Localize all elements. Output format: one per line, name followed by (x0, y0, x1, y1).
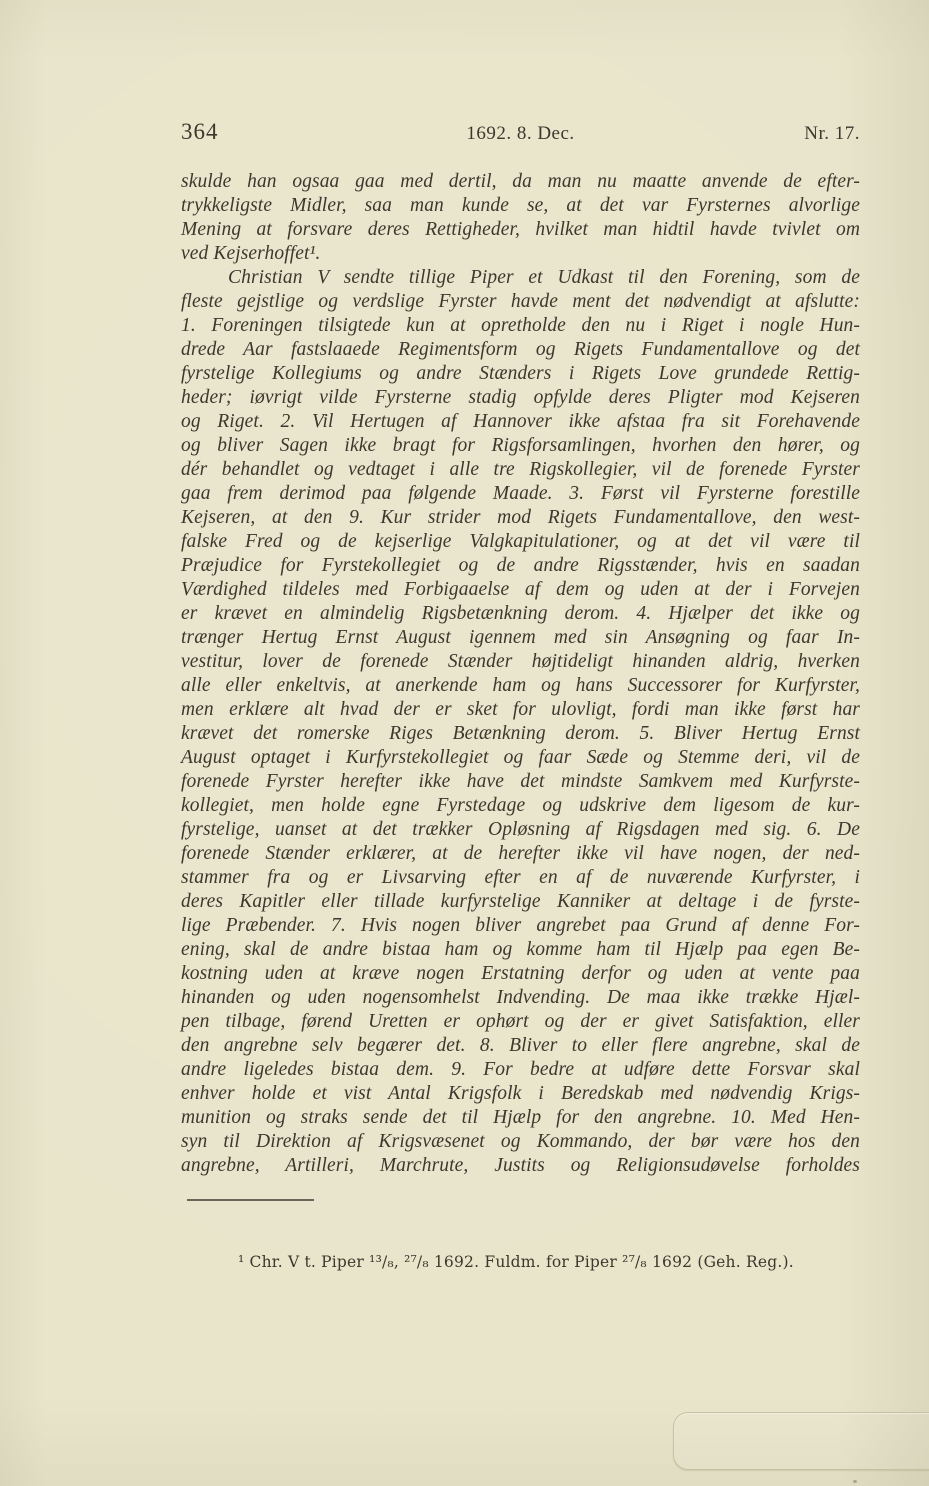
text-line: angrebne, Artilleri, Marchrute, Justits … (181, 1154, 860, 1178)
running-head: 364 1692. 8. Dec. Nr. 17. (181, 119, 860, 149)
text-line: vestitur, lover de forenede Stænder højt… (181, 650, 860, 674)
text-line: kostning uden at kræve nogen Erstatning … (181, 962, 860, 986)
text-line: falske Fred og de kejserlige Valgkapitul… (181, 530, 860, 554)
text-line: August optaget i Kurfyrstekollegiet og f… (181, 746, 860, 770)
text-line: fyrstelige, uanset at det trækker Opløsn… (181, 818, 860, 842)
text-line: er krævet en almindelig Rigsbetænkning d… (181, 602, 860, 626)
text-line: men erklære alt hvad der er sket for ulo… (181, 698, 860, 722)
text-line: Mening at forsvare deres Rettigheder, hv… (181, 218, 860, 242)
header-date: 1692. 8. Dec. (466, 123, 574, 145)
text-line: dér behandlet og vedtaget i alle tre Rig… (181, 458, 860, 482)
footnote-text: ¹ Chr. V t. Piper ¹³/₈, ²⁷/₈ 1692. Fuldm… (238, 1252, 860, 1272)
text-line: fleste gejstlige og verdslige Fyrster ha… (181, 290, 860, 314)
footnote-divider (187, 1199, 314, 1201)
text-line: heder; iøvrigt vilde Fyrsterne stadig op… (181, 386, 860, 410)
text-line: trykkeligste Midler, saa man kunde se, a… (181, 194, 860, 218)
text-line: andre ligeledes bistaa dem. 9. For bedre… (181, 1058, 860, 1082)
text-line: lige Præbender. 7. Hvis nogen bliver ang… (181, 914, 860, 938)
text-line: kollegiet, men holde egne Fyrstedage og … (181, 794, 860, 818)
text-line: stammer fra og er Livsarving efter en af… (181, 866, 860, 890)
text-line: gaa frem derimod paa følgende Maade. 3. … (181, 482, 860, 506)
text-line: munition og straks sende det til Hjælp f… (181, 1106, 860, 1130)
text-line: fyrstelige Kollegiums og andre Stænders … (181, 362, 860, 386)
text-line: 1. Foreningen tilsigtede kun at oprethol… (181, 314, 860, 338)
entry-number: Nr. 17. (804, 123, 860, 145)
text-line: Værdighed tildeles med Forbigaaelse af d… (181, 578, 860, 602)
text-line: forenede Stænder erklærer, at de herefte… (181, 842, 860, 866)
book-page: 364 1692. 8. Dec. Nr. 17. skulde han ogs… (0, 0, 929, 1486)
text-line: den angrebne selv begærer det. 8. Bliver… (181, 1034, 860, 1058)
text-line: Præjudice for Fyrstekollegiet og de andr… (181, 554, 860, 578)
text-line: enhver holde et vist Antal Krigsfolk i B… (181, 1082, 860, 1106)
text-line-with-footnote-marker: ved Kejserhoffet¹. (181, 242, 860, 266)
body-text: skulde han ogsaa gaa med dertil, da man … (181, 170, 860, 1178)
text-line-paragraph-start: Christian V sendte tillige Piper et Udka… (181, 266, 860, 290)
text-line: deres Kapitler eller tillade kurfyrsteli… (181, 890, 860, 914)
text-line: ening, skal de andre bistaa ham og komme… (181, 938, 860, 962)
text-line: hinanden og uden nogensomhelst Indvendin… (181, 986, 860, 1010)
text-line: pen tilbage, førend Uretten er ophørt og… (181, 1010, 860, 1034)
text-line: Kejseren, at den 9. Kur strider mod Rige… (181, 506, 860, 530)
text-line: og bliver Sagen ikke bragt for Rigsforsa… (181, 434, 860, 458)
text-line: alle eller enkeltvis, at anerkende ham o… (181, 674, 860, 698)
paper-speck (853, 1480, 857, 1483)
text-line: krævet det romerske Riges Betænkning der… (181, 722, 860, 746)
text-line: syn til Direktion af Krigsvæsenet og Kom… (181, 1130, 860, 1154)
library-pocket-outline (673, 1412, 929, 1470)
text-line: skulde han ogsaa gaa med dertil, da man … (181, 170, 860, 194)
page-number: 364 (181, 119, 219, 145)
text-line: drede Aar fastslaaede Regimentsform og R… (181, 338, 860, 362)
text-line: og Riget. 2. Vil Hertugen af Hannover ik… (181, 410, 860, 434)
text-line: trænger Hertug Ernst August igennem med … (181, 626, 860, 650)
text-line: forenede Fyrster herefter ikke have det … (181, 770, 860, 794)
